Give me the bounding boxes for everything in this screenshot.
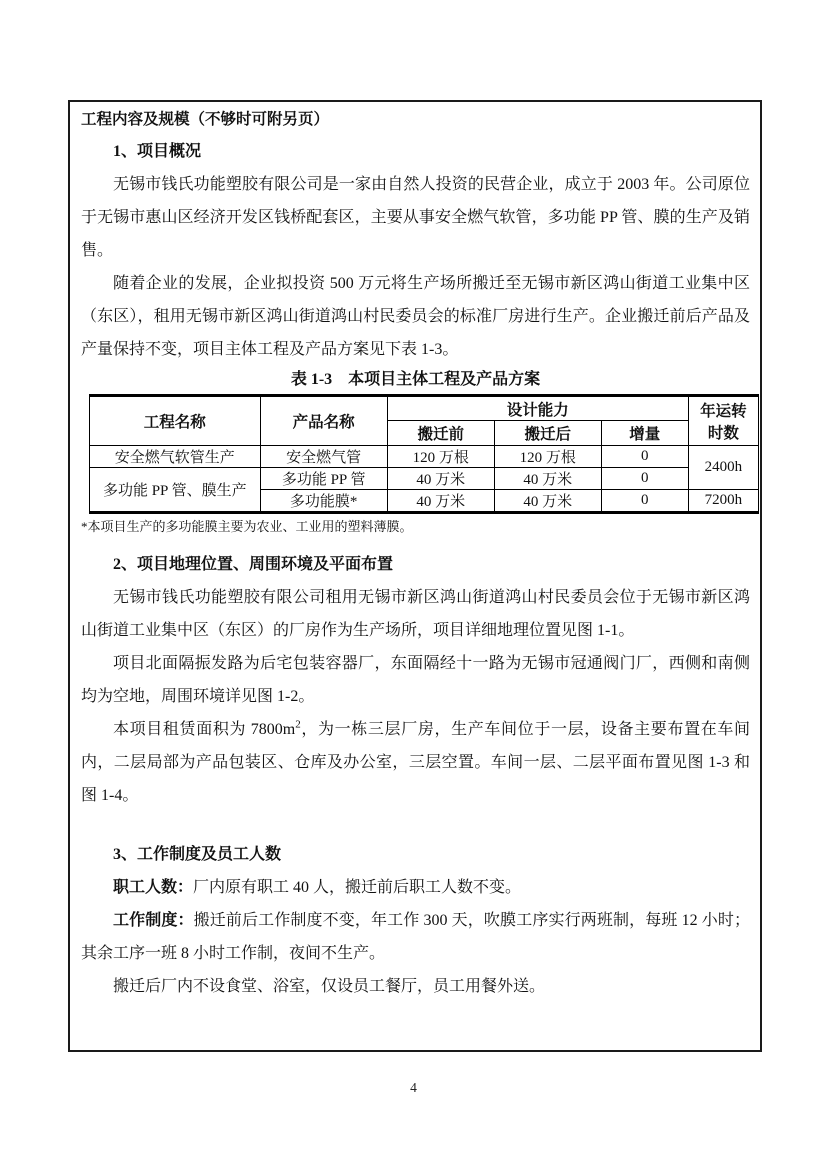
section2-paragraph-3: 本项目租赁面积为 7800m2，为一栋三层厂房，生产车间位于一层，设备主要布置在… — [81, 713, 750, 812]
cell-product-2: 多功能 PP 管 — [260, 468, 387, 490]
header-product: 产品名称 — [260, 396, 387, 446]
table-caption: 表 1-3 本项目主体工程及产品方案 — [81, 366, 750, 394]
section1-paragraph-1: 无锡市钱氏功能塑胶有限公司是一家由自然人投资的民营企业，成立于 2003 年。公… — [81, 168, 750, 267]
cell-increment-2: 0 — [601, 468, 688, 490]
header-annual-hours-line2: 时数 — [691, 421, 756, 443]
table-row: 多功能 PP 管、膜生产 多功能 PP 管 40 万米 40 万米 0 — [90, 468, 759, 490]
cell-product-1: 安全燃气管 — [260, 446, 387, 468]
header-annual-hours: 年运转 时数 — [688, 396, 758, 446]
form-field-title: 工程内容及规模（不够时可附另页） — [81, 105, 750, 135]
cell-increment-1: 0 — [601, 446, 688, 468]
section1-paragraph-2: 随着企业的发展，企业拟投资 500 万元将生产场所搬迁至无锡市新区鸿山街道工业集… — [81, 267, 750, 366]
header-design-capacity: 设计能力 — [387, 396, 688, 421]
section2-paragraph-2: 项目北面隔振发路为后宅包装容器厂，东面隔经十一路为无锡市冠通阀门厂，西侧和南侧均… — [81, 647, 750, 713]
staff-count-label: 职工人数： — [113, 879, 193, 896]
cell-before-1: 120 万根 — [387, 446, 494, 468]
cell-increment-3: 0 — [601, 490, 688, 513]
cell-hours-1: 2400h — [688, 446, 758, 490]
document-content: 工程内容及规模（不够时可附另页） 1、项目概况 无锡市钱氏功能塑胶有限公司是一家… — [70, 102, 760, 1003]
table-header-row-1: 工程名称 产品名称 设计能力 年运转 时数 — [90, 396, 759, 421]
cell-project-1: 安全燃气软管生产 — [90, 446, 261, 468]
cell-before-3: 40 万米 — [387, 490, 494, 513]
work-schedule-paragraph: 工作制度：搬迁前后工作制度不变，年工作 300 天，吹膜工序实行两班制，每班 1… — [81, 904, 750, 970]
work-schedule-label: 工作制度： — [113, 912, 194, 929]
cell-before-2: 40 万米 — [387, 468, 494, 490]
document-frame: 工程内容及规模（不够时可附另页） 1、项目概况 无锡市钱氏功能塑胶有限公司是一家… — [68, 100, 762, 1052]
section3-heading: 3、工作制度及员工人数 — [81, 838, 750, 871]
header-increment: 增量 — [601, 421, 688, 446]
page-number: 4 — [0, 1080, 827, 1096]
section3-paragraph-last: 搬迁后厂内不设食堂、浴室，仅设员工餐厅，员工用餐外送。 — [81, 970, 750, 1003]
header-project: 工程名称 — [90, 396, 261, 446]
table-footnote: *本项目生产的多功能膜主要为农业、工业用的塑料薄膜。 — [81, 514, 750, 540]
section2-paragraph-1: 无锡市钱氏功能塑胶有限公司租用无锡市新区鸿山街道鸿山村民委员会位于无锡市新区鸿山… — [81, 581, 750, 647]
staff-count-text: 厂内原有职工 40 人，搬迁前后职工人数不变。 — [193, 879, 521, 896]
cell-project-2: 多功能 PP 管、膜生产 — [90, 468, 261, 513]
header-after-move: 搬迁后 — [494, 421, 601, 446]
table-row: 安全燃气软管生产 安全燃气管 120 万根 120 万根 0 2400h — [90, 446, 759, 468]
cell-after-1: 120 万根 — [494, 446, 601, 468]
product-scheme-table: 工程名称 产品名称 设计能力 年运转 时数 搬迁前 搬迁后 增量 安全燃气软管生… — [89, 394, 759, 514]
cell-after-3: 40 万米 — [494, 490, 601, 513]
section1-heading: 1、项目概况 — [81, 135, 750, 168]
section2-heading: 2、项目地理位置、周围环境及平面布置 — [81, 548, 750, 581]
area-text-pre: 本项目租赁面积为 7800m — [113, 721, 295, 738]
cell-product-3: 多功能膜* — [260, 490, 387, 513]
header-annual-hours-line1: 年运转 — [691, 399, 756, 421]
header-before-move: 搬迁前 — [387, 421, 494, 446]
cell-hours-3: 7200h — [688, 490, 758, 513]
cell-after-2: 40 万米 — [494, 468, 601, 490]
staff-count-paragraph: 职工人数：厂内原有职工 40 人，搬迁前后职工人数不变。 — [81, 871, 750, 904]
